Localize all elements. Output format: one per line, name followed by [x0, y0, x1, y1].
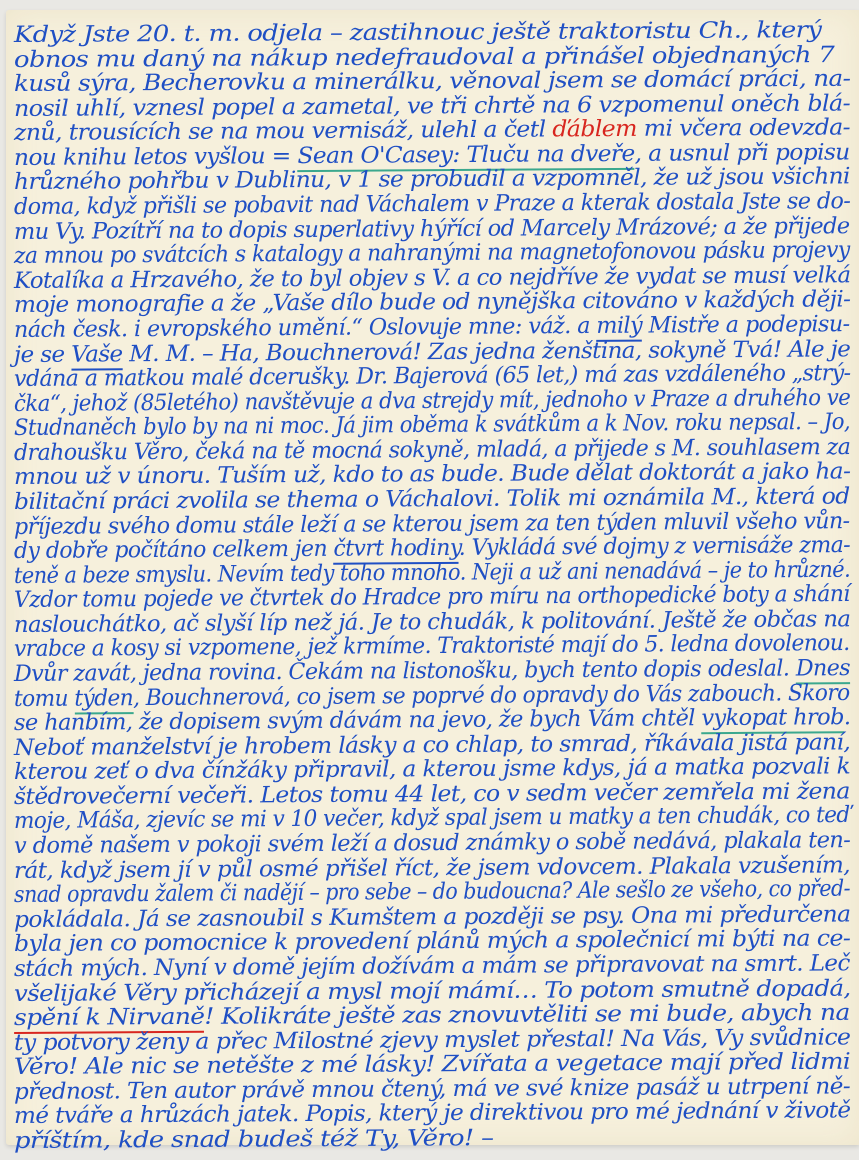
letter-page: Když Jste 20. t. m. odjela – zastihnouc … [6, 10, 859, 1145]
handwritten-line: příštím, kde snad budeš též Ty, Věro! – [14, 1123, 494, 1156]
text-segment: příštím, kde snad budeš též Ty, Věro! – [14, 1125, 494, 1154]
